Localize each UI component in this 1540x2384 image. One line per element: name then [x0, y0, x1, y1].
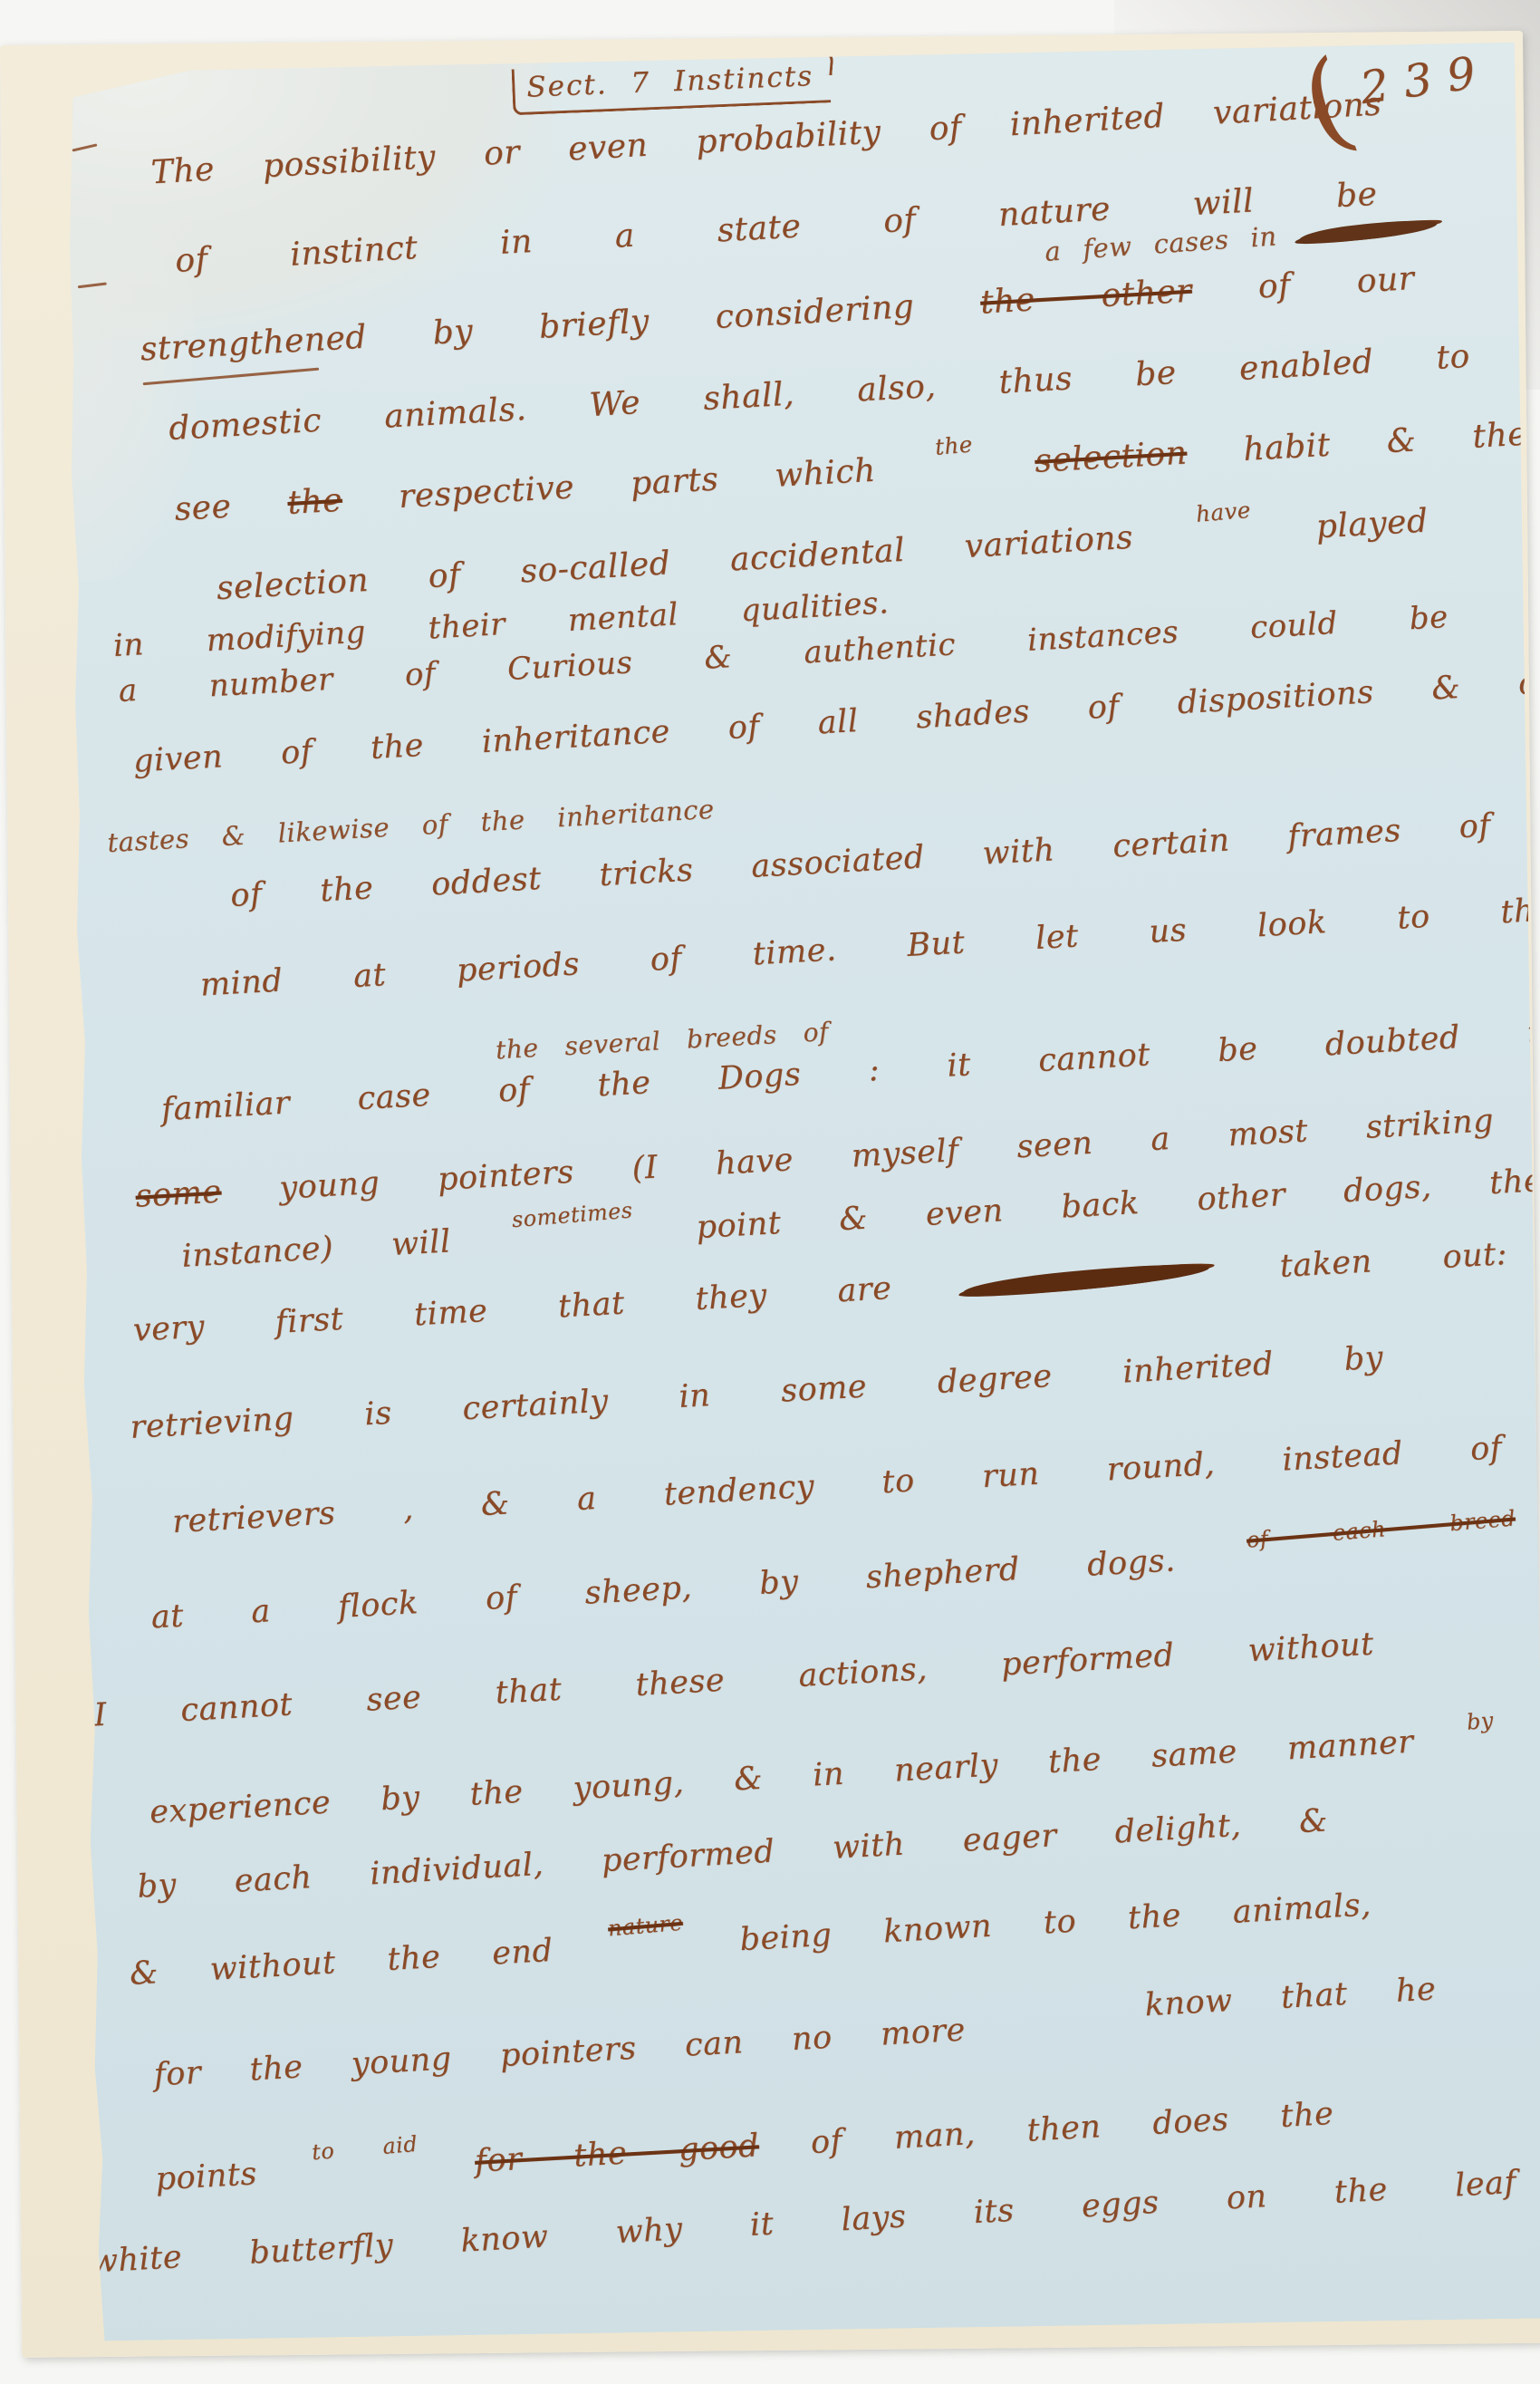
manuscript-line: & without the end nature being known to …	[129, 1887, 1372, 1993]
manuscript-line: at a flock of sheep, by shepherd dogs. o…	[150, 1523, 1522, 1636]
text-run	[977, 443, 1036, 483]
ink-blot	[962, 1259, 1210, 1300]
inserted-text: the	[934, 430, 974, 459]
manuscript-line: for the young pointers can no more	[153, 2012, 967, 2093]
text-run: for the young pointers can no more	[153, 2012, 967, 2093]
inserted-text: sometimes	[511, 1197, 634, 1232]
text-run: of our	[1191, 260, 1416, 310]
text-run: & without the end	[129, 1930, 605, 1993]
text-run: mind at periods of time. But let us look…	[199, 892, 1540, 1003]
text-run: at a flock of sheep, by shepherd dogs.	[150, 1539, 1244, 1636]
manuscript-line: I cannot see that these actions, perform…	[93, 1626, 1375, 1734]
text-run: being known to the animals,	[687, 1887, 1372, 1961]
text-run: I cannot see that these actions, perform…	[93, 1626, 1375, 1734]
text-run: instance) will	[181, 1221, 510, 1275]
manuscript-page: Sect. 7 Instincts ( 239 The possibility …	[54, 43, 1540, 2341]
inserted-text: to aid	[311, 2131, 419, 2165]
text-run: know that he	[1144, 1971, 1438, 2023]
manuscript-line: retrieving is certainly in some degree i…	[130, 1340, 1384, 1446]
inserted-text: by each breed	[1466, 1690, 1540, 1735]
text-run: tastes & likewise of the inheritance	[107, 794, 716, 858]
text-run: very first time that they are	[132, 1267, 964, 1349]
ink-blot	[1298, 217, 1438, 246]
text-run: selection of so-called accidental variat…	[216, 516, 1194, 607]
text-run: habit & the	[1186, 416, 1528, 472]
text-run	[422, 2144, 476, 2183]
struck-text: for the good	[474, 2128, 760, 2179]
text-run: points	[155, 2153, 310, 2197]
struck-text: selection	[1034, 435, 1188, 480]
struck-text: some	[135, 1173, 223, 1214]
section-heading: Sect. 7 Instincts	[512, 56, 832, 115]
text-run: played	[1256, 503, 1429, 550]
struck-text: the	[286, 482, 343, 522]
text-run: of man, then does the	[758, 2096, 1334, 2164]
text-run: see	[174, 485, 289, 528]
struck-text: the other	[979, 273, 1193, 322]
text-run: retrieving is certainly in some degree i…	[130, 1340, 1384, 1446]
inserted-text: have	[1195, 497, 1252, 527]
text-run: taken out:	[1208, 1236, 1508, 1289]
inserted-struck-text: nature	[607, 1910, 684, 1942]
text-run: respective parts which	[342, 449, 933, 518]
section-heading-label: Sect. 7 Instincts	[526, 60, 814, 104]
manuscript-line: know that he	[1144, 1971, 1438, 2023]
manuscript-line: mind at periods of time. But let us look…	[199, 892, 1540, 1003]
inserted-struck-text: of each breed	[1246, 1505, 1516, 1552]
manuscript-line: tastes & likewise of the inheritance	[107, 794, 716, 858]
manuscript-line: points to aid for the good of man, then …	[155, 2096, 1335, 2198]
manuscript-line: experience by the young, & in nearly the…	[149, 1707, 1540, 1830]
